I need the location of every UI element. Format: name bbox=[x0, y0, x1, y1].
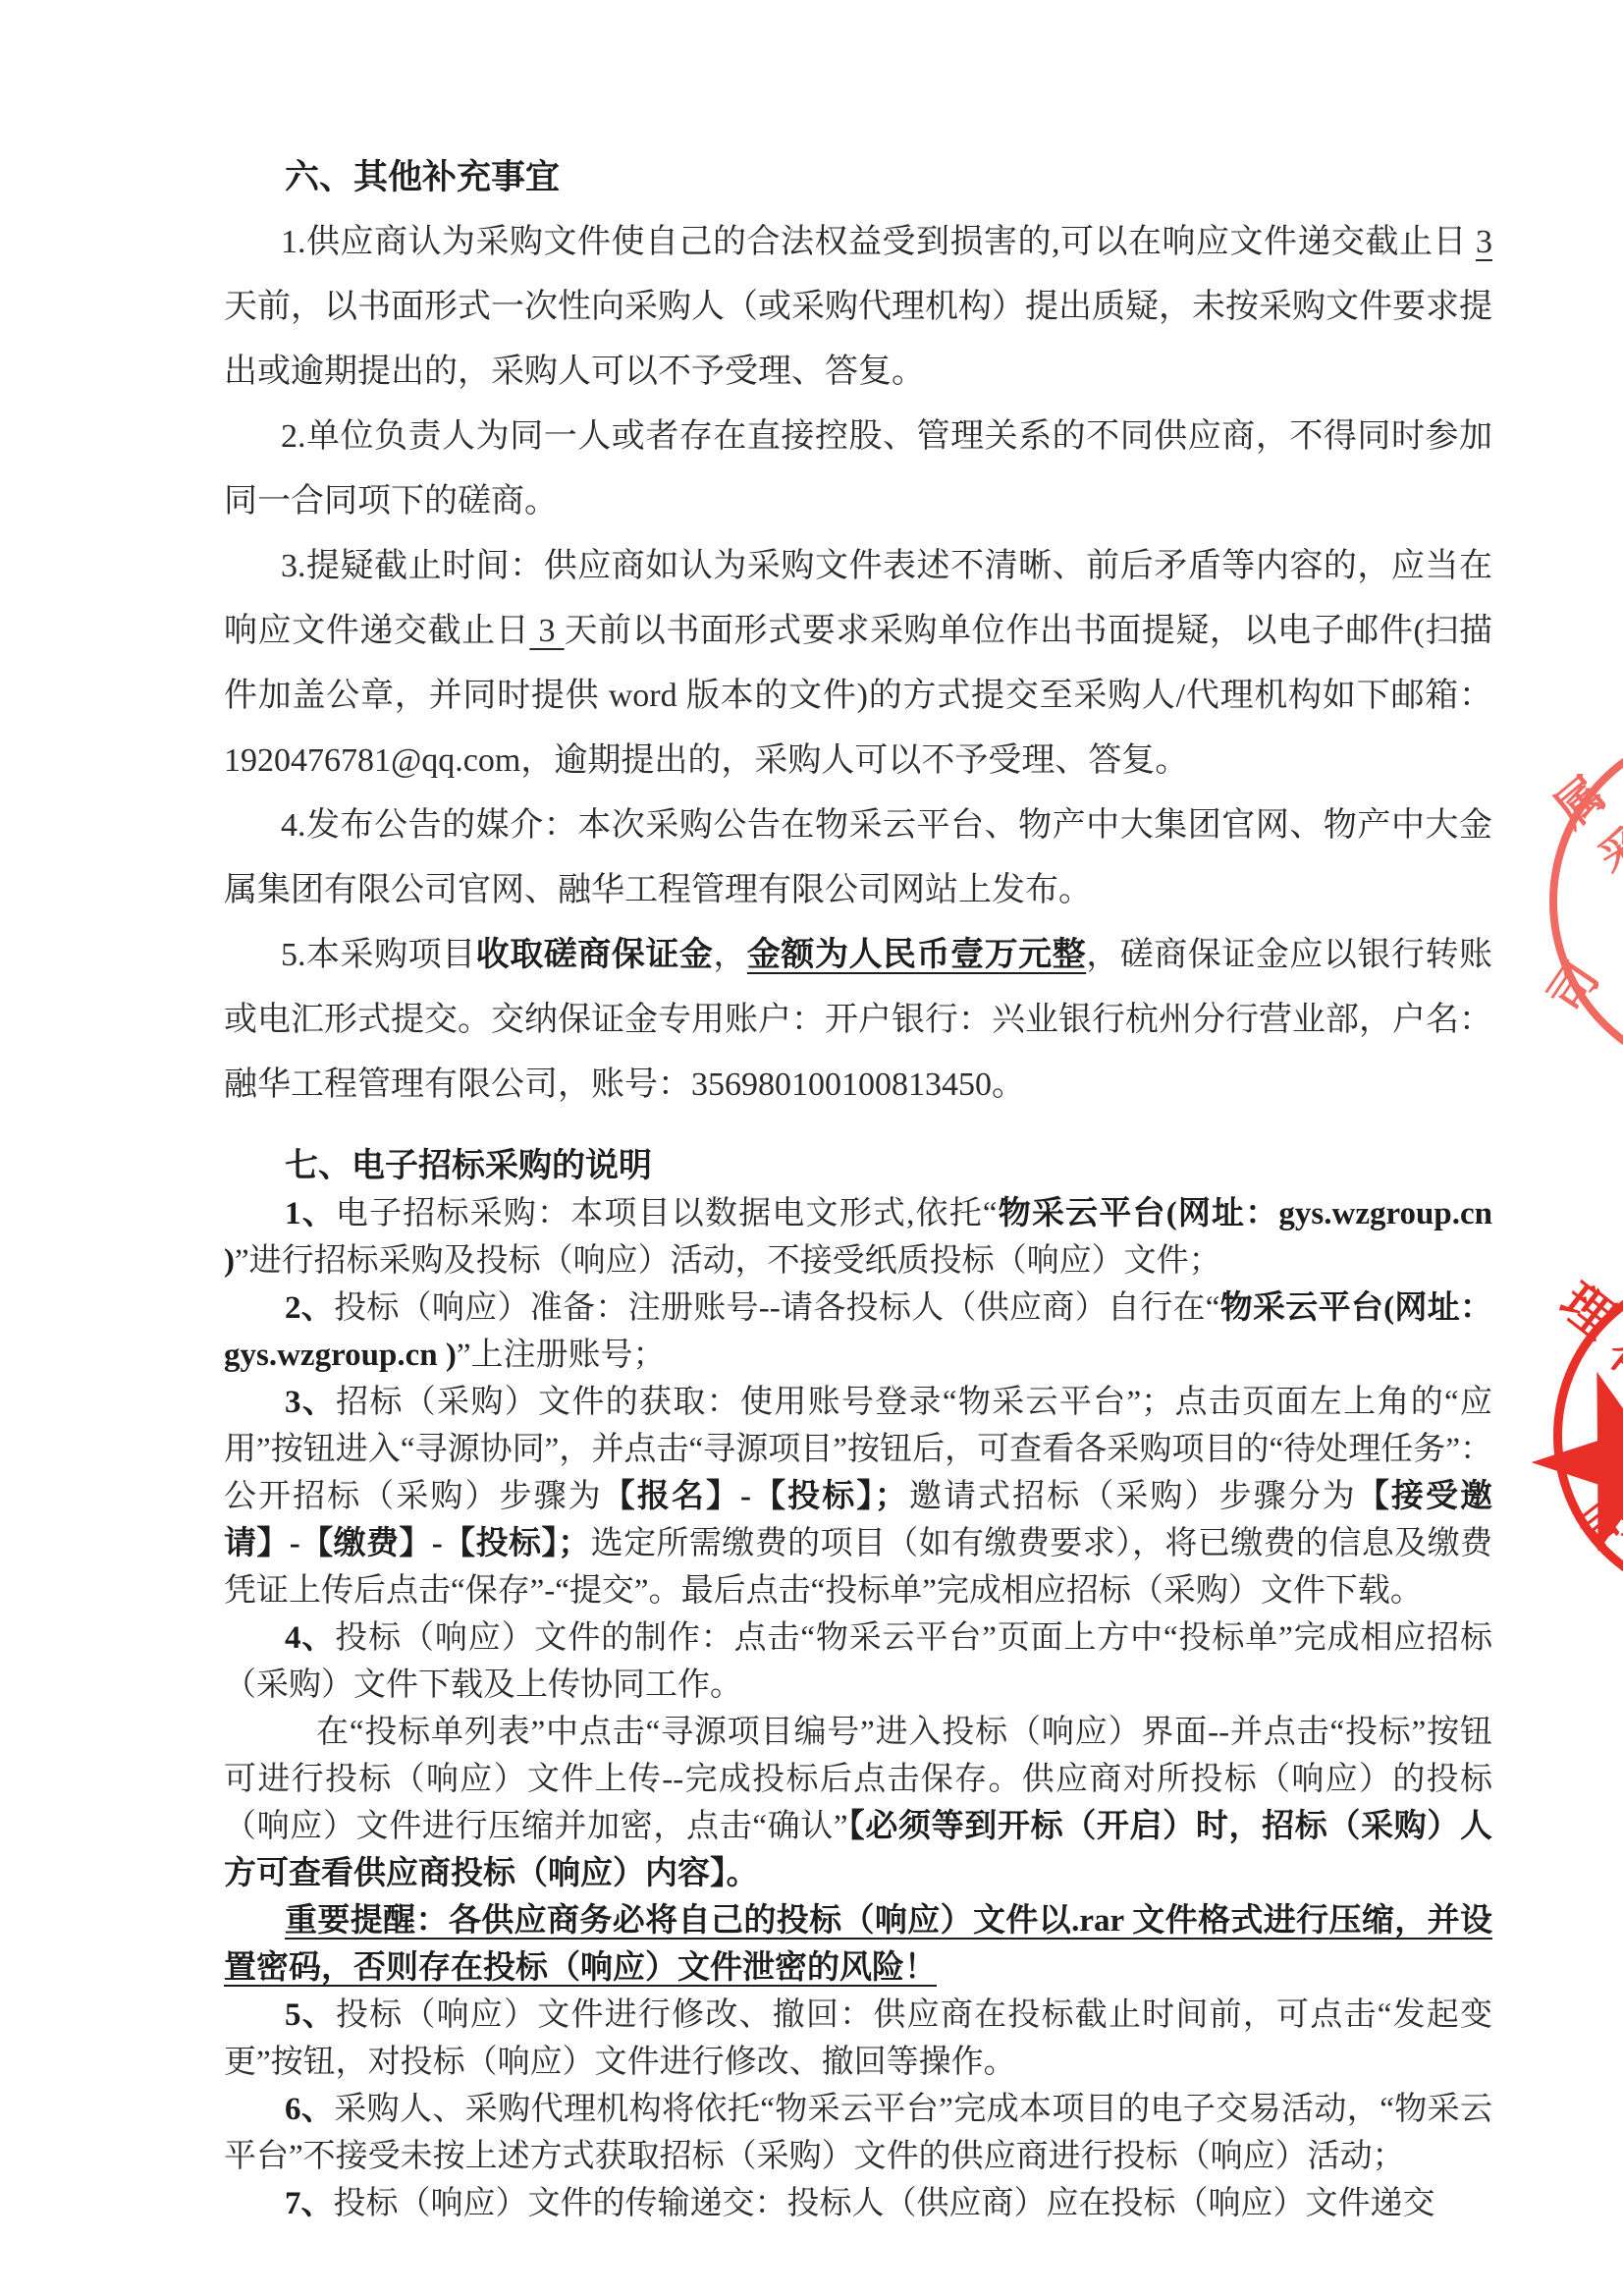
document-content: 六、其他补充事宜 1.供应商认为采购文件使自己的合法权益受到损害的,可以在响应文… bbox=[224, 145, 1492, 2227]
paragraph: 2.单位负责人为同一人或者存在直接控股、管理关系的不同供应商，不得同时参加同一合… bbox=[224, 405, 1492, 534]
text-run: 邀请式招标（采购）步骤分为 bbox=[907, 1479, 1357, 1514]
seal-ring bbox=[1549, 725, 1623, 1078]
red-seal-stamp-upper: 属 采 司 bbox=[1549, 725, 1623, 1078]
text-run: 3 bbox=[529, 613, 564, 649]
text-run: 重要提醒：各供应商务必将自己的投标（响应）文件以.rar 文件格式进行压缩，并设… bbox=[224, 1903, 1492, 1986]
seal-char: 采 bbox=[1593, 823, 1623, 880]
paragraph: 7、投标（响应）文件的传输递交：投标人（供应商）应在投标（响应）文件递交 bbox=[224, 2180, 1492, 2227]
text-run: 7、 bbox=[285, 2186, 334, 2221]
paragraph: 4.发布公告的媒介：本次采购公告在物采云平台、物产中大集团官网、物产中大金属集团… bbox=[224, 793, 1492, 923]
text-run: 收取磋商保证金 bbox=[476, 937, 714, 973]
paragraph: 3.提疑截止时间：供应商如认为采购文件表述不清晰、前后矛盾等内容的，应当在响应文… bbox=[224, 534, 1492, 793]
seal-char: 属 bbox=[1547, 770, 1614, 837]
text-run: 3、 bbox=[285, 1385, 336, 1420]
section-heading: 七、电子招标采购的说明 bbox=[224, 1143, 1492, 1190]
text-run: 天前，以书面形式一次性向采购人（或采购代理机构）提出质疑，未按采购文件要求提出或… bbox=[224, 289, 1492, 390]
star-icon bbox=[1507, 1342, 1623, 1580]
paragraph: 3、招标（采购）文件的获取：使用账号登录“物采云平台”；点击页面左上角的“应用”… bbox=[224, 1379, 1492, 1614]
paragraph: 5.本采购项目收取磋商保证金，金额为人民币壹万元整，磋商保证金应以银行转账或电汇… bbox=[224, 923, 1492, 1118]
seal-char: 有 bbox=[1599, 1329, 1623, 1393]
paragraph: 1、电子招标采购：本项目以数据电文形式,依托“物采云平台(网址：gys.wzgr… bbox=[224, 1190, 1492, 1285]
text-run: 3 bbox=[1476, 224, 1492, 260]
text-run: 2.单位负责人为同一人或者存在直接控股、管理关系的不同供应商，不得同时参加同一合… bbox=[224, 418, 1492, 519]
section-heading: 六、其他补充事宜 bbox=[224, 145, 1492, 210]
seal-char: 理 bbox=[1551, 1276, 1623, 1347]
text-run: 投标（响应）文件的制作：点击“物采云平台”页面上方中“投标单”完成相应招标（采购… bbox=[224, 1620, 1492, 1703]
paragraph: 2、投标（响应）准备：注册账号--请各投标人（供应商）自行在“物采云平台(网址：… bbox=[224, 1285, 1492, 1379]
text-run: 5.本采购项目 bbox=[281, 937, 476, 973]
text-run: 1、 bbox=[285, 1196, 336, 1231]
text-run: 2、 bbox=[285, 1290, 334, 1326]
paragraph: 在“投标单列表”中点击“寻源项目编号”进入投标（响应）界面--并点击“投标”按钮… bbox=[224, 1709, 1492, 1897]
text-run: 投标（响应）准备：注册账号--请各投标人（供应商）自行在“ bbox=[334, 1290, 1219, 1326]
text-run: 6、 bbox=[285, 2092, 334, 2127]
text-run: 【报名】-【投标】； bbox=[603, 1479, 907, 1514]
text-run: 投标（响应）文件的传输递交：投标人（供应商）应在投标（响应）文件递交 bbox=[334, 2186, 1435, 2221]
document-page: 六、其他补充事宜 1.供应商认为采购文件使自己的合法权益受到损害的,可以在响应文… bbox=[0, 0, 1623, 2296]
text-run: 电子招标采购：本项目以数据电文形式,依托“ bbox=[336, 1196, 998, 1231]
red-seal-stamp-lower: 理 有 司 bbox=[1553, 1269, 1623, 1603]
text-run: ， bbox=[713, 937, 747, 973]
text-run: 采购人、采购代理机构将依托“物采云平台”完成本项目的电子交易活动，“物采云平台”… bbox=[224, 2092, 1492, 2174]
paragraph: 1.供应商认为采购文件使自己的合法权益受到损害的,可以在响应文件递交截止日 3 … bbox=[224, 210, 1492, 405]
text-run: 4、 bbox=[285, 1620, 335, 1656]
text-run: 1.供应商认为采购文件使自己的合法权益受到损害的,可以在响应文件递交截止日 bbox=[281, 224, 1476, 260]
paragraph: 4、投标（响应）文件的制作：点击“物采云平台”页面上方中“投标单”完成相应招标（… bbox=[224, 1614, 1492, 1709]
seal-char: 司 bbox=[1573, 1490, 1623, 1561]
seal-char: 司 bbox=[1542, 956, 1608, 1021]
text-run: ”上注册账号； bbox=[457, 1338, 666, 1373]
seal-ring bbox=[1553, 1269, 1623, 1603]
text-run: 投标（响应）文件进行修改、撤回：供应商在投标截止时间前，可点击“发起变更”按钮，… bbox=[224, 1997, 1492, 2080]
text-run: 金额为人民币壹万元整 bbox=[747, 937, 1086, 973]
paragraph: 6、采购人、采购代理机构将依托“物采云平台”完成本项目的电子交易活动，“物采云平… bbox=[224, 2086, 1492, 2180]
text-run: 5、 bbox=[285, 1997, 336, 2033]
text-run: 4.发布公告的媒介：本次采购公告在物采云平台、物产中大集团官网、物产中大金属集团… bbox=[224, 807, 1492, 908]
section-other-supplementary: 六、其他补充事宜 1.供应商认为采购文件使自己的合法权益受到损害的,可以在响应文… bbox=[224, 145, 1492, 1118]
paragraph-important-notice: 重要提醒：各供应商务必将自己的投标（响应）文件以.rar 文件格式进行压缩，并设… bbox=[224, 1897, 1492, 1992]
paragraph: 5、投标（响应）文件进行修改、撤回：供应商在投标截止时间前，可点击“发起变更”按… bbox=[224, 1992, 1492, 2086]
text-run: ”进行招标采购及投标（响应）活动，不接受纸质投标（响应）文件； bbox=[235, 1243, 1221, 1279]
section-electronic-bidding: 七、电子招标采购的说明 1、电子招标采购：本项目以数据电文形式,依托“物采云平台… bbox=[224, 1143, 1492, 2227]
